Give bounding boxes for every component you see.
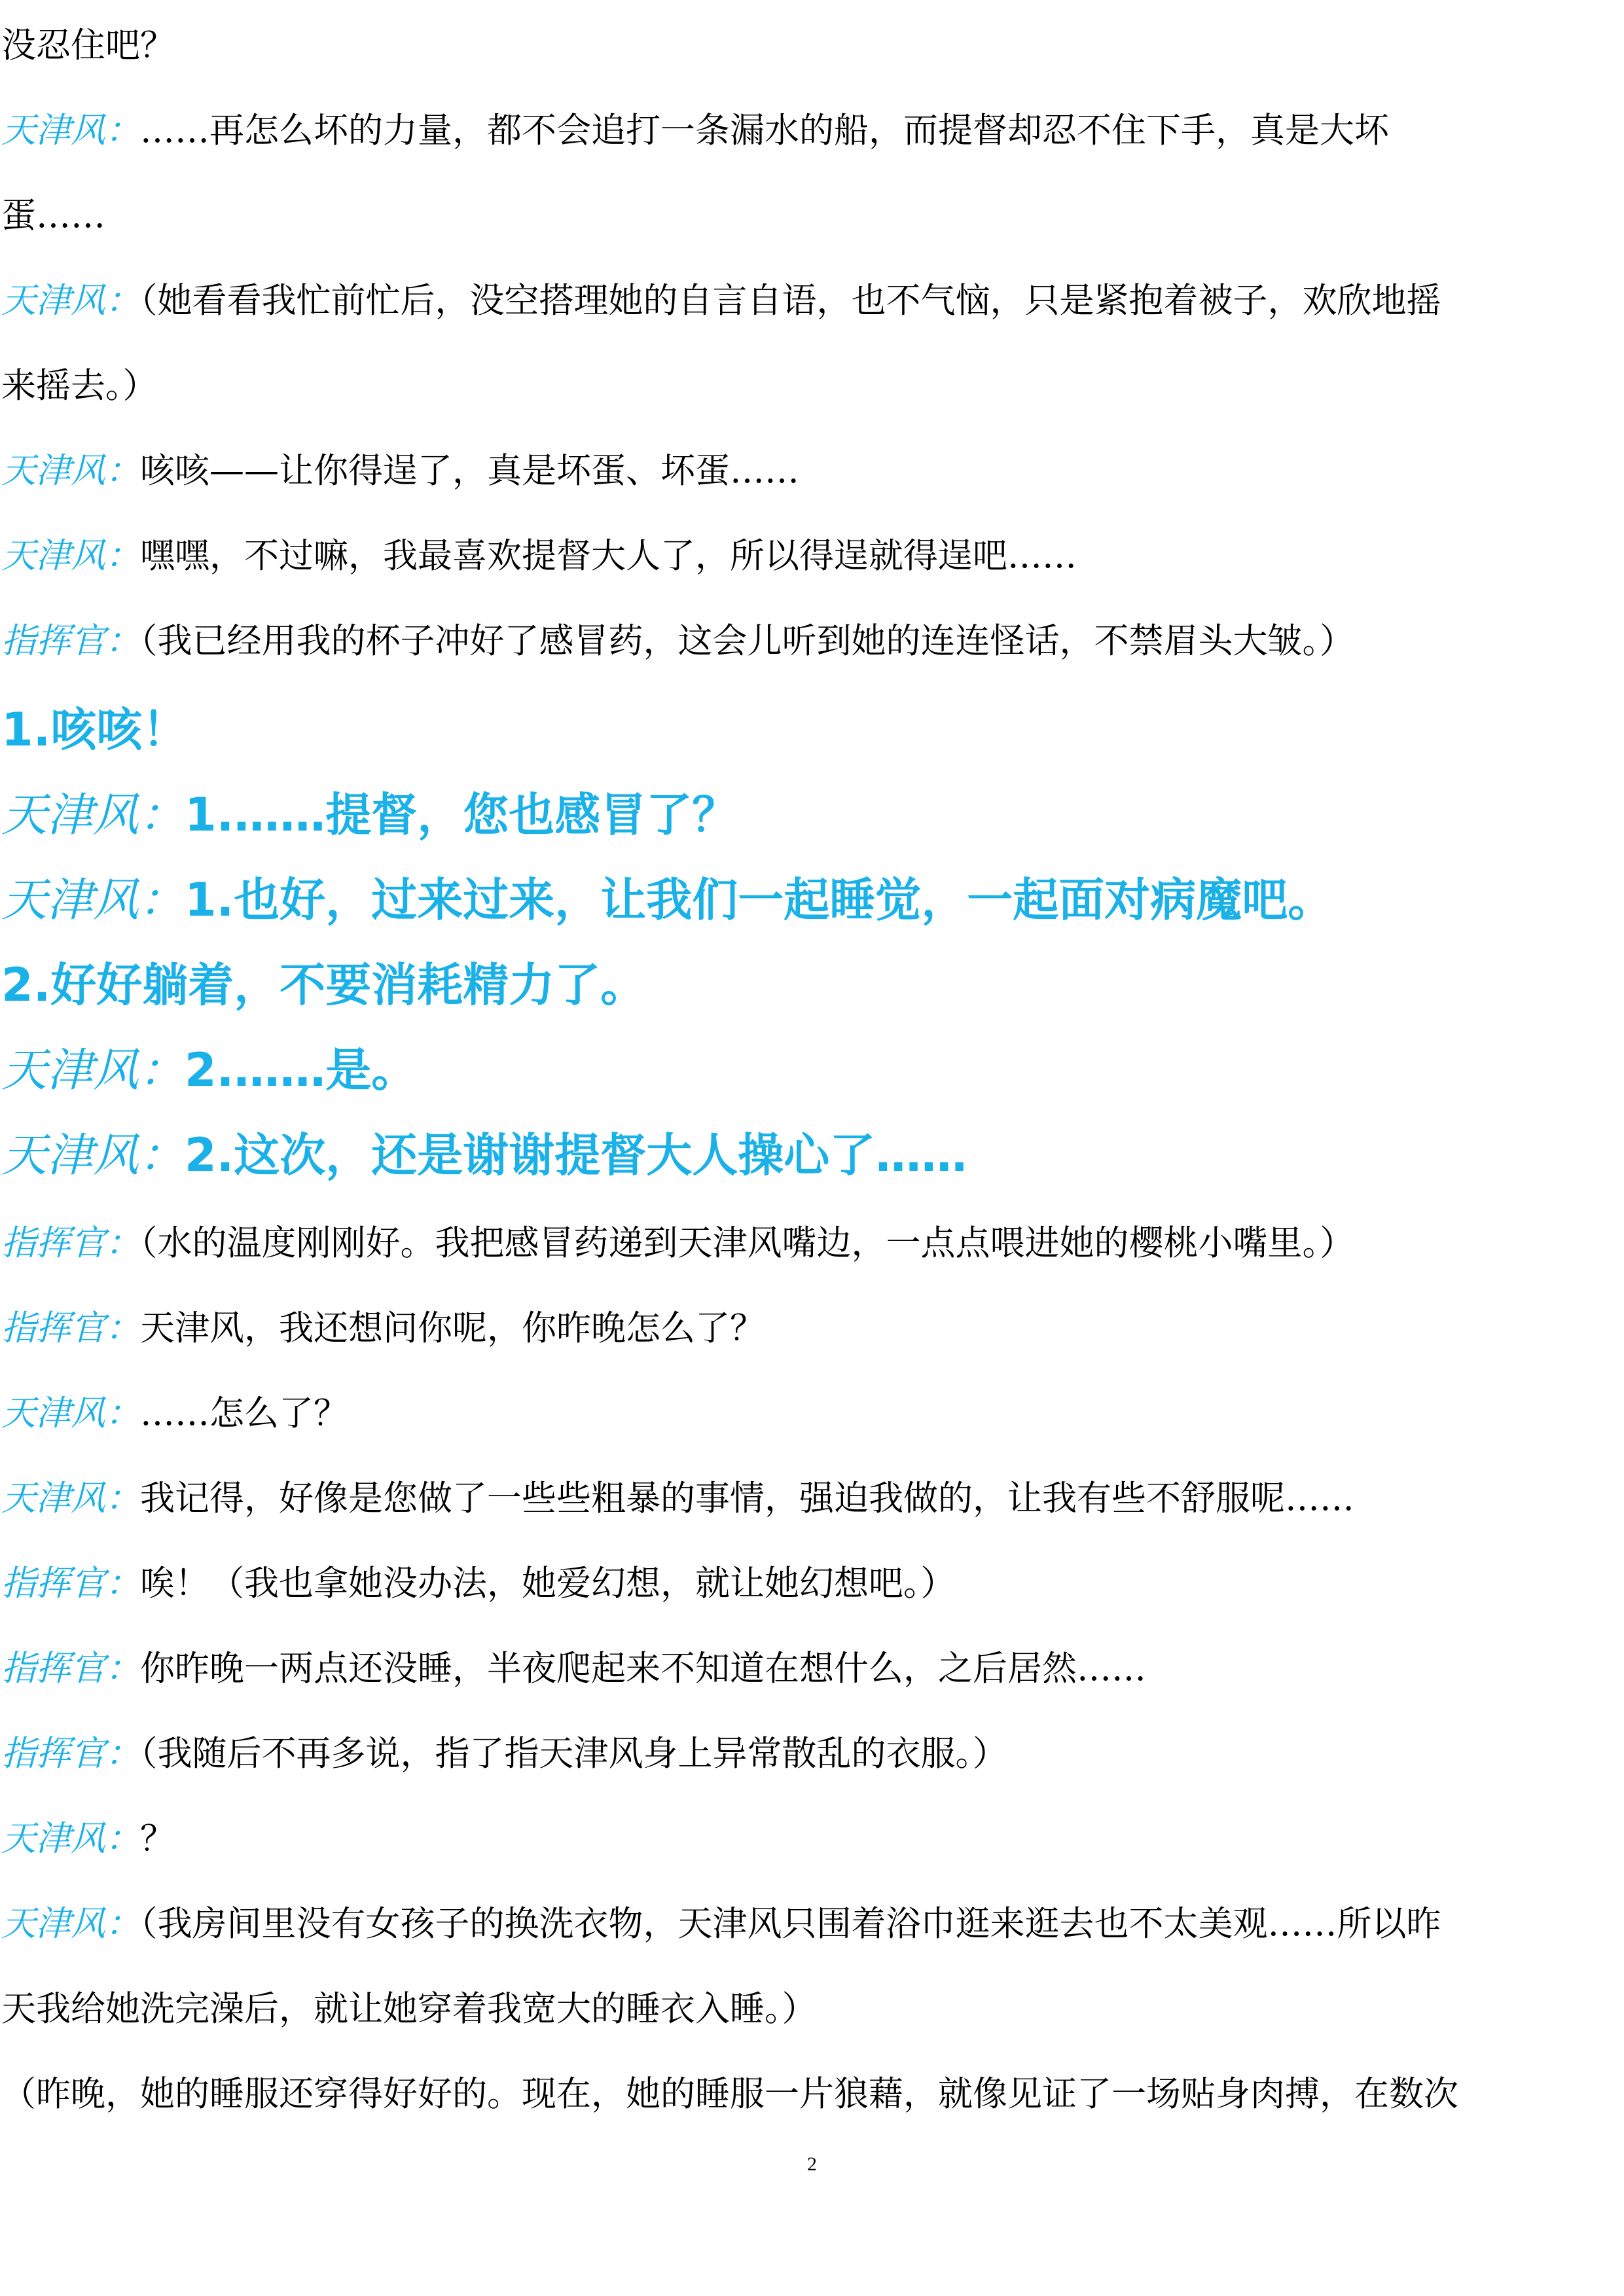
choice-response: 天津风：1.也好，过来过来，让我们一起睡觉，一起面对病魔吧。 [1,874,1333,926]
speaker-label: 天津风： [1,1128,185,1182]
dialogue-line: 天津风：……再怎么坏的力量，都不会追打一条漏水的船，而提督却忍不住下手，真是大坏 [1,111,1389,151]
dialogue-line: 天津风：我记得，好像是您做了一些些粗暴的事情，强迫我做的，让我有些不舒服呢…… [1,1479,1354,1518]
dialogue-line: 来摇去。） [1,367,158,406]
line-text: （昨晚，她的睡服还穿得好好的。现在，她的睡服一片狼藉，就像见证了一场贴身肉搏，在… [1,2074,1458,2114]
line-text: （我已经用我的杯子冲好了感冒药，这会儿听到她的连连怪话，不禁眉头大皱。） [140,621,1354,661]
speaker-label: 指挥官： [1,621,140,661]
choice-text: 2.好好躺着，不要消耗精力了。 [1,958,646,1012]
speaker-label: 指挥官： [1,1564,140,1604]
choice-response: 天津风：2.这次，还是谢谢提督大人操心了…… [1,1129,967,1181]
dialogue-line: 指挥官：（我随后不再多说，指了指天津风身上异常散乱的衣服。） [1,1734,1007,1774]
dialogue-line: 指挥官：唉！（我也拿她没办法，她爱幻想，就让她幻想吧。） [1,1564,956,1604]
speaker-label: 天津风： [1,1393,140,1433]
dialogue-line: 天津风：咳咳——让你得逞了，真是坏蛋、坏蛋…… [1,452,799,491]
choice-text: 1.……提督，您也感冒了？ [185,788,738,842]
speaker-label: 指挥官： [1,1649,140,1689]
line-text: （我随后不再多说，指了指天津风身上异常散乱的衣服。） [140,1734,1007,1774]
speaker-label: 指挥官： [1,1734,140,1774]
choice-text: 1.也好，过来过来，让我们一起睡觉，一起面对病魔吧。 [185,873,1333,927]
line-text: 咳咳——让你得逞了，真是坏蛋、坏蛋…… [140,451,799,491]
speaker-label: 天津风： [1,1043,185,1097]
line-text: 没忍住吧？ [1,26,175,65]
speaker-label: 天津风： [1,536,140,576]
speaker-label: 指挥官： [1,1308,140,1348]
line-text: 我记得，好像是您做了一些些粗暴的事情，强迫我做的，让我有些不舒服呢…… [140,1479,1354,1518]
speaker-label: 天津风： [1,788,185,842]
choice-option-1[interactable]: 1.咳咳！ [1,704,188,756]
line-text: ……再怎么坏的力量，都不会追打一条漏水的船，而提督却忍不住下手，真是大坏 [140,111,1389,151]
line-text: ？ [140,1819,175,1859]
speaker-label: 天津风： [1,873,185,927]
speaker-label: 天津风： [1,1904,140,1944]
line-text: 唉！（我也拿她没办法，她爱幻想，就让她幻想吧。） [140,1564,956,1604]
speaker-label: 天津风： [1,1819,140,1859]
dialogue-line: 没忍住吧？ [1,26,175,65]
dialogue-line: 指挥官：你昨晚一两点还没睡，半夜爬起来不知道在想什么，之后居然…… [1,1649,1146,1689]
line-text: （我房间里没有女孩子的换洗衣物，天津风只围着浴巾逛来逛去也不太美观……所以昨 [140,1904,1441,1944]
choice-response: 天津风：1.……提督，您也感冒了？ [1,789,738,841]
choice-text: 2.这次，还是谢谢提督大人操心了…… [185,1128,967,1182]
dialogue-line: 天我给她洗完澡后，就让她穿着我宽大的睡衣入睡。） [1,1990,817,2029]
speaker-label: 天津风： [1,1479,140,1518]
dialogue-line: （昨晚，她的睡服还穿得好好的。现在，她的睡服一片狼藉，就像见证了一场贴身肉搏，在… [1,2075,1458,2114]
line-text: （水的温度刚刚好。我把感冒药递到天津风嘴边，一点点喂进她的樱桃小嘴里。） [140,1223,1354,1263]
line-text: 蛋…… [1,196,105,236]
dialogue-line: 天津风：嘿嘿，不过嘛，我最喜欢提督大人了，所以得逞就得逞吧…… [1,537,1077,576]
speaker-label: 天津风： [1,111,140,151]
dialogue-line: 天津风：？ [1,1820,175,1859]
line-text: （她看看我忙前忙后，没空搭理她的自言自语，也不气恼，只是紧抱着被子，欢欣地摇 [140,281,1441,321]
line-text: 嘿嘿，不过嘛，我最喜欢提督大人了，所以得逞就得逞吧…… [140,536,1077,576]
choice-option-2[interactable]: 2.好好躺着，不要消耗精力了。 [1,959,646,1011]
dialogue-line: 指挥官：（水的温度刚刚好。我把感冒药递到天津风嘴边，一点点喂进她的樱桃小嘴里。） [1,1224,1354,1263]
dialogue-line: 指挥官：天津风，我还想问你呢，你昨晚怎么了？ [1,1309,765,1348]
choice-text: 1.咳咳！ [1,703,188,757]
line-text: 来摇去。） [1,366,158,406]
dialogue-line: 指挥官：（我已经用我的杯子冲好了感冒药，这会儿听到她的连连怪话，不禁眉头大皱。） [1,622,1354,661]
document-page: 没忍住吧？ 天津风：……再怎么坏的力量，都不会追打一条漏水的船，而提督却忍不住下… [0,0,1624,2296]
choice-text: 2.……是。 [185,1043,417,1097]
page-number: 2 [0,2153,1624,2176]
speaker-label: 天津风： [1,451,140,491]
line-text: 天我给她洗完澡后，就让她穿着我宽大的睡衣入睡。） [1,1989,817,2029]
dialogue-line: 天津风：（她看看我忙前忙后，没空搭理她的自言自语，也不气恼，只是紧抱着被子，欢欣… [1,281,1441,321]
choice-response: 天津风：2.……是。 [1,1044,417,1096]
line-text: 你昨晚一两点还没睡，半夜爬起来不知道在想什么，之后居然…… [140,1649,1146,1689]
speaker-label: 指挥官： [1,1223,140,1263]
dialogue-line: 天津风：……怎么了？ [1,1394,348,1433]
dialogue-line: 蛋…… [1,196,105,236]
speaker-label: 天津风： [1,281,140,321]
dialogue-line: 天津风：（我房间里没有女孩子的换洗衣物，天津风只围着浴巾逛来逛去也不太美观……所… [1,1905,1441,1944]
line-text: ……怎么了？ [140,1393,348,1433]
line-text: 天津风，我还想问你呢，你昨晚怎么了？ [140,1308,765,1348]
